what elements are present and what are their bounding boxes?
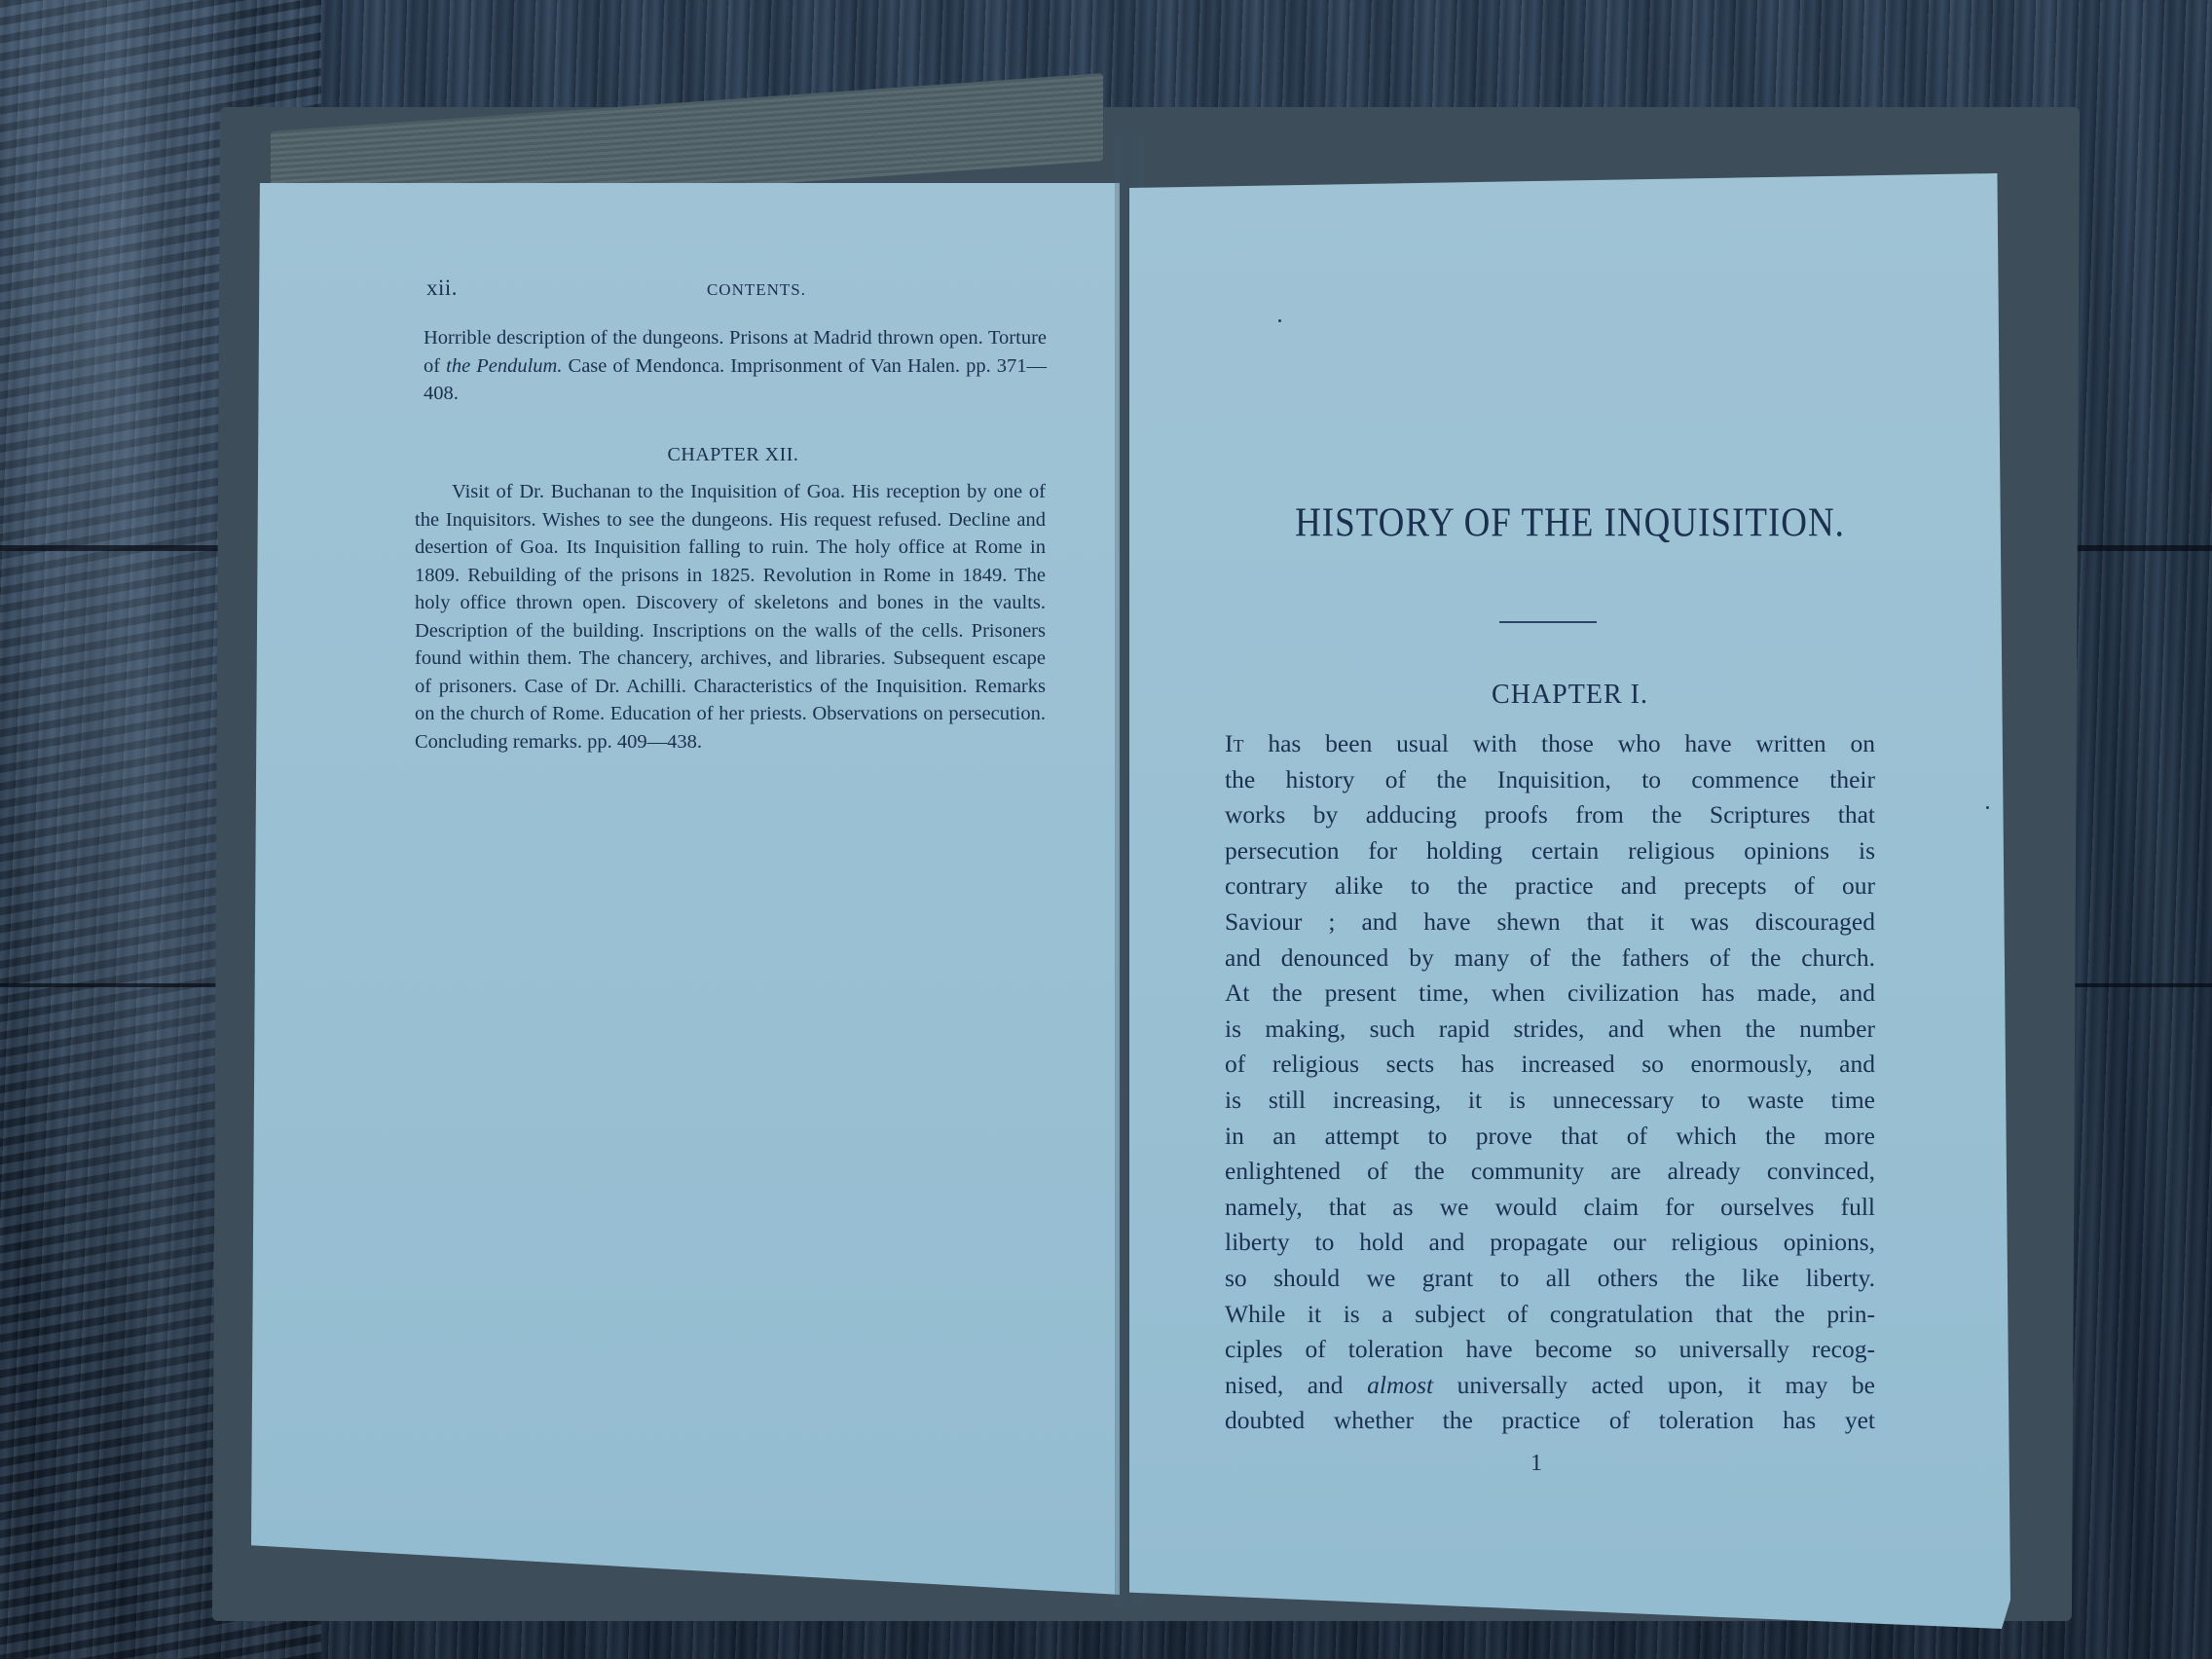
chapter-i-heading: CHAPTER I. <box>1129 680 2010 711</box>
italic-emphasis: almost <box>1367 1371 1433 1399</box>
page-number: 1 <box>1530 1451 1542 1477</box>
right-page: HISTORY OF THE INQUISITION. CHAPTER I. I… <box>1129 173 2010 1629</box>
body-line: At the present time, when civilization h… <box>1225 976 1875 1012</box>
contents-entry-continued: Horrible description of the dungeons. Pr… <box>424 324 1047 408</box>
body-line: It has been usual with those who have wr… <box>1225 726 1875 762</box>
left-page: xii. CONTENTS. Horrible description of t… <box>251 183 1120 1595</box>
summary-text: Visit of Dr. Buchanan to the Inquisition… <box>415 478 1046 756</box>
body-line: works by adducing proofs from the Script… <box>1225 797 1875 833</box>
body-line: nised, and almost universally acted upon… <box>1225 1368 1875 1404</box>
paper-speck <box>1278 319 1281 322</box>
body-line: namely, that as we would claim for ourse… <box>1225 1190 1875 1226</box>
running-head-title: CONTENTS. <box>707 280 806 300</box>
paper-speck <box>1986 806 1989 809</box>
body-line: persecution for holding certain religiou… <box>1225 833 1875 869</box>
title-divider <box>1499 621 1597 623</box>
body-line: doubted whether the practice of tolerati… <box>1225 1403 1875 1439</box>
body-line: is still increasing, it is unnecessary t… <box>1225 1083 1875 1119</box>
chapter-xii-heading: CHAPTER XII. <box>422 444 1045 466</box>
body-line: contrary alike to the practice and prece… <box>1225 868 1875 904</box>
body-line: and denounced by many of the fathers of … <box>1225 940 1875 977</box>
body-line: of religious sects has increased so enor… <box>1225 1047 1875 1083</box>
book-title: HISTORY OF THE INQUISITION. <box>1129 499 2010 547</box>
body-line: Saviour ; and have shewn that it was dis… <box>1225 904 1875 940</box>
chapter-body: It has been usual with those who have wr… <box>1225 726 1875 1439</box>
page-number-roman: xii. <box>426 276 458 301</box>
entry-italic: the Pendulum. <box>446 355 562 377</box>
body-line: so should we grant to all others the lik… <box>1225 1261 1875 1297</box>
body-line: is making, such rapid strides, and when … <box>1225 1012 1875 1048</box>
body-line: enlightened of the community are already… <box>1225 1154 1875 1190</box>
body-line: liberty to hold and propagate our religi… <box>1225 1225 1875 1261</box>
body-line: While it is a subject of congratulation … <box>1225 1297 1875 1333</box>
body-line: in an attempt to prove that of which the… <box>1225 1119 1875 1155</box>
chapter-xii-summary: Visit of Dr. Buchanan to the Inquisition… <box>415 478 1046 756</box>
body-line: ciples of toleration have become so univ… <box>1225 1332 1875 1368</box>
running-head: xii. CONTENTS. <box>426 276 1050 301</box>
body-line: the history of the Inquisition, to comme… <box>1225 762 1875 798</box>
opening-word: It <box>1225 729 1244 757</box>
